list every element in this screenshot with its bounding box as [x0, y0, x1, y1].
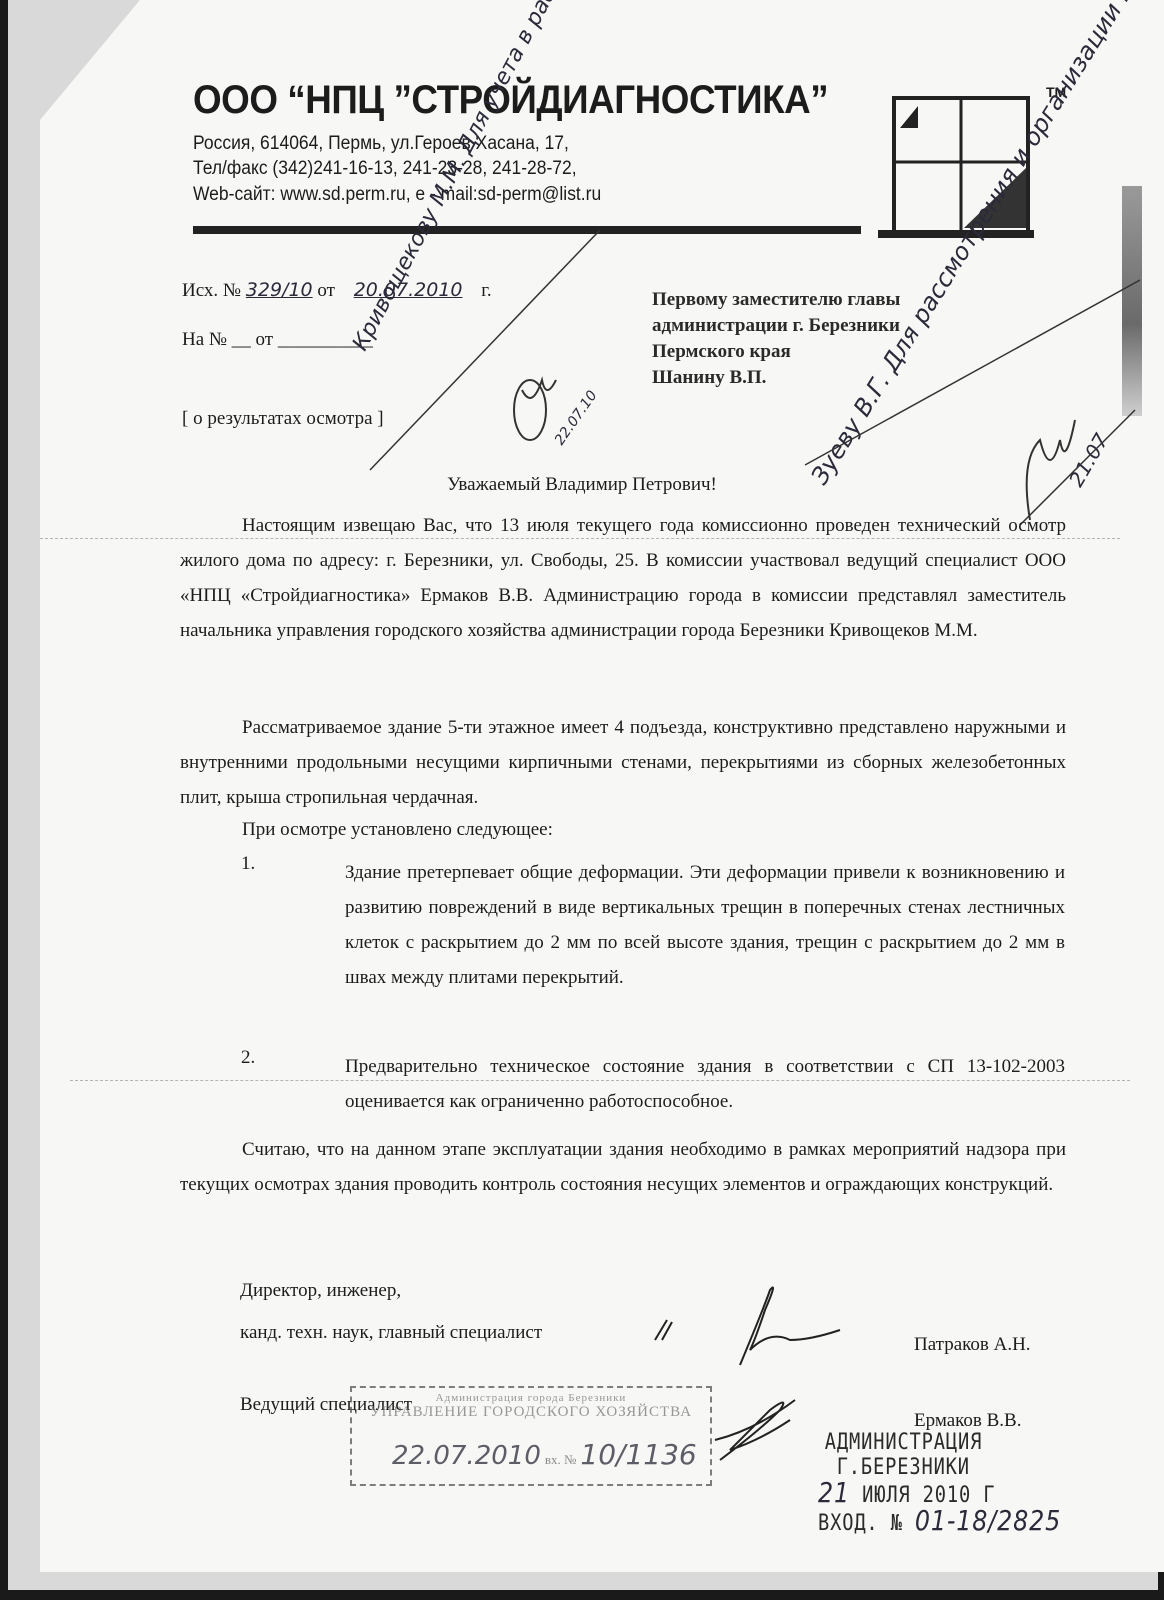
resolution-left-strokes-icon — [350, 220, 630, 480]
administration-incoming-stamp: АДМИНИСТРАЦИЯ Г.БЕРЕЗНИКИ 21 ИЮЛЯ 2010 Г… — [818, 1430, 1061, 1536]
lead-signature-icon — [710, 1380, 830, 1480]
stamp-day: 21 — [818, 1476, 850, 1509]
company-address: Россия, 614064, Пермь, ул.Героев Хасана,… — [193, 133, 569, 155]
reply-reference: На № __ от __________ — [182, 329, 373, 351]
paragraph-inspection: Настоящим извещаю Вас, что 13 июля текущ… — [180, 508, 1066, 648]
fold-line — [70, 1080, 1130, 1082]
stamp-date: 22.07.2010 — [392, 1441, 541, 1471]
director-signature-icon — [650, 1280, 870, 1370]
findings-intro: При осмотре установлено следующее: — [242, 812, 1128, 847]
stamp-admin-number: 01-18/2825 — [915, 1504, 1061, 1537]
salutation: Уважаемый Владимир Петрович! — [0, 474, 1164, 496]
stamp-incoming-number: 10/1136 — [580, 1438, 696, 1471]
company-phone: Тел/факс (342)241-16-13, 241-23-28, 241-… — [193, 158, 577, 180]
department-incoming-stamp: Администрация города Березники УПРАВЛЕНИ… — [350, 1386, 712, 1486]
company-web: Web-сайт: www.sd.perm.ru, e - mail:sd-pe… — [193, 184, 601, 206]
paragraph-building-description: Рассматриваемое здание 5-ти этажное имее… — [180, 710, 1066, 815]
director-title-line1: Директор, инженер, — [240, 1280, 401, 1302]
outgoing-number: 329/10 — [246, 279, 313, 301]
lead-specialist-name: Ермаков В.В. — [914, 1410, 1021, 1432]
paragraph-conclusion: Считаю, что на данном этапе эксплуатации… — [180, 1132, 1066, 1202]
finding-text: Предварительно техническое состояние зда… — [345, 1049, 1065, 1119]
finding-number: 2. — [241, 1047, 255, 1069]
finding-number: 1. — [241, 853, 255, 875]
director-name: Патраков А.Н. — [914, 1334, 1031, 1356]
finding-text: Здание претерпевает общие деформации. Эт… — [345, 855, 1065, 995]
fold-line — [40, 538, 1120, 540]
letter-page: ООО “НПЦ ”СТРОЙДИАГНОСТИКА” Россия, 6140… — [40, 0, 1164, 1572]
director-title-line2: канд. техн. наук, главный специалист — [240, 1322, 542, 1344]
